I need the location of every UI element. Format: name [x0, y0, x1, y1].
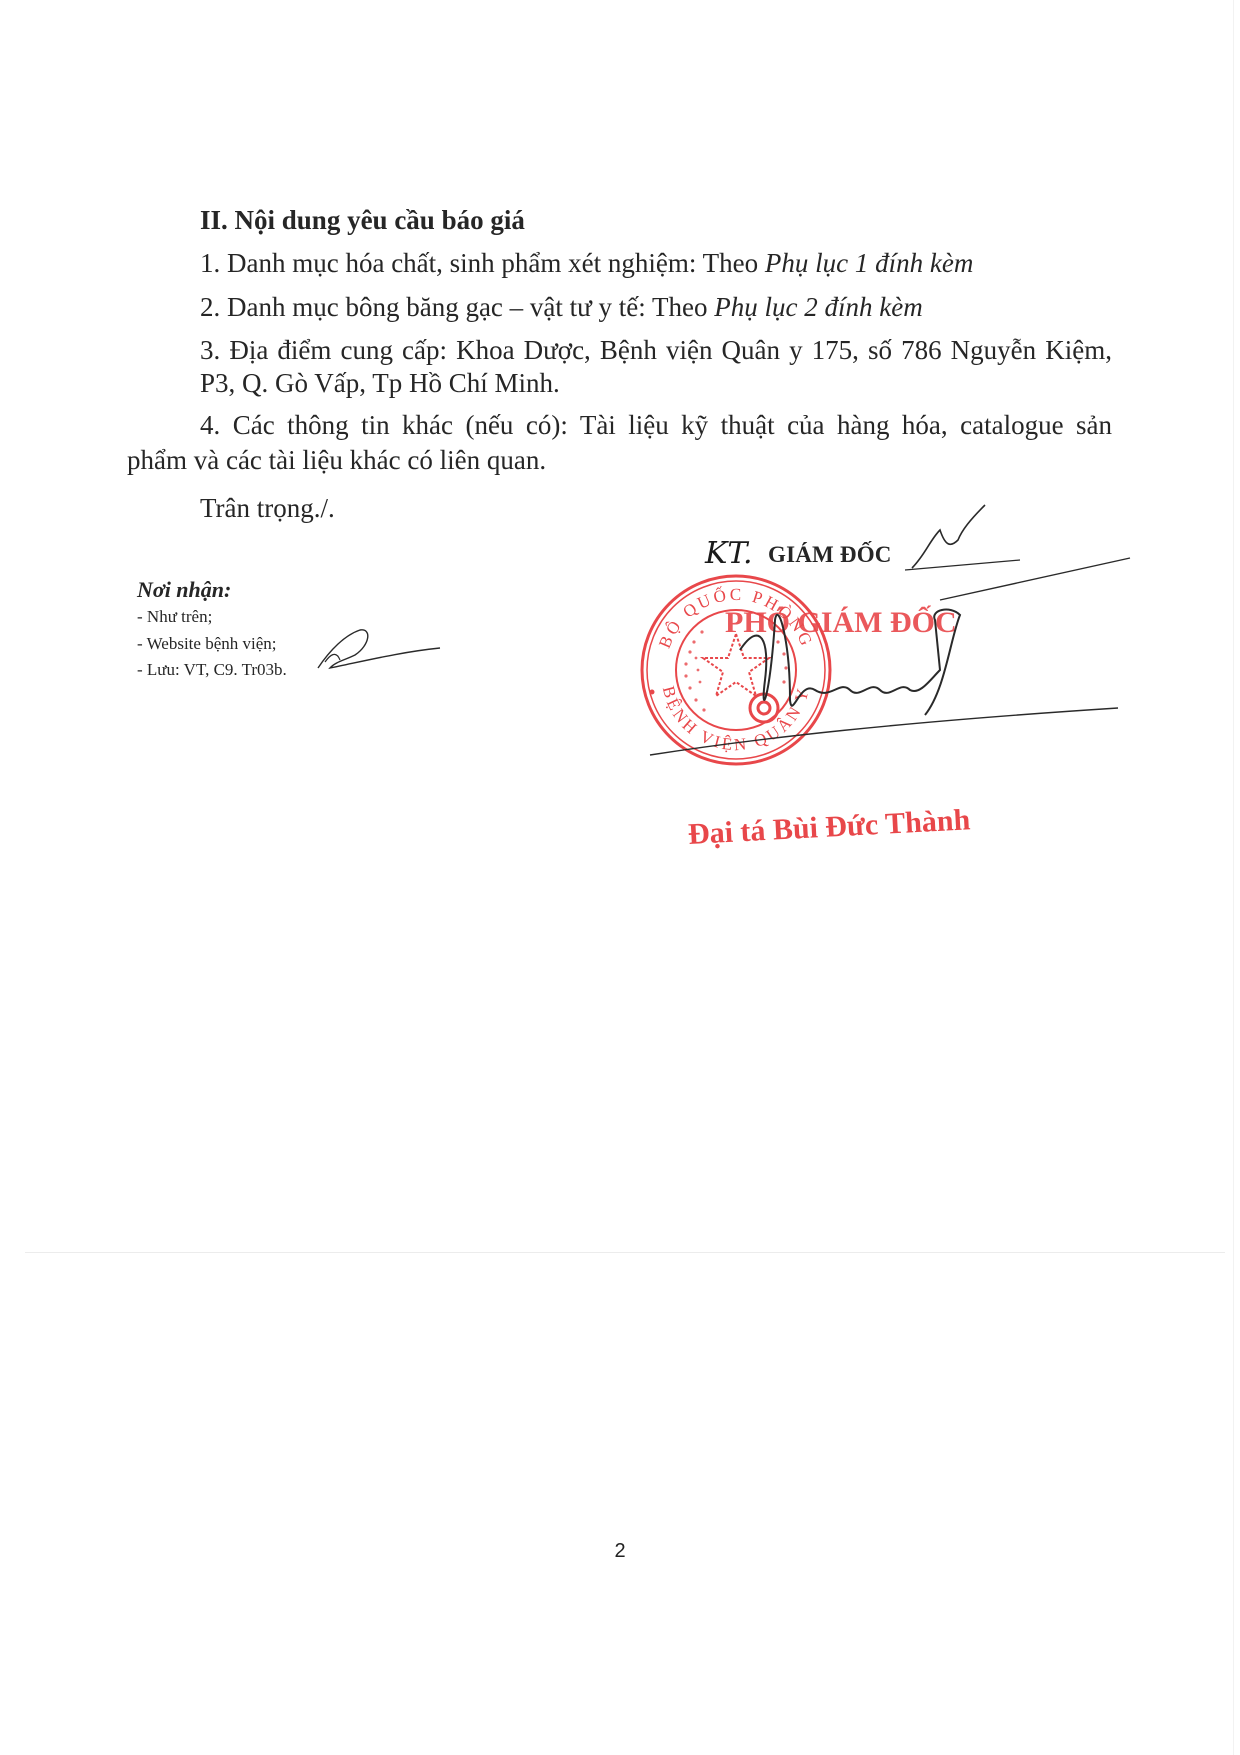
item-4-line-2: phẩm và các tài liệu khác có liên quan.	[127, 444, 546, 476]
item-4-line-1: 4. Các thông tin khác (nếu có): Tài liệu…	[200, 409, 1112, 441]
item-1-text: 1. Danh mục hóa chất, sinh phẩm xét nghi…	[200, 248, 765, 278]
item-2-text: 2. Danh mục bông băng gạc – vật tư y tế:…	[200, 292, 714, 322]
recipient-item: - Website bệnh viện;	[137, 634, 276, 654]
handwritten-kt: KT.	[705, 536, 753, 571]
item-3-line-2: P3, Q. Gò Vấp, Tp Hồ Chí Minh.	[200, 367, 560, 399]
recipient-item: - Như trên;	[137, 607, 212, 627]
page-number: 2	[0, 1540, 1240, 1563]
item-2: 2. Danh mục bông băng gạc – vật tư y tế:…	[200, 291, 923, 323]
document-page: II. Nội dung yêu cầu báo giá 1. Danh mục…	[0, 0, 1240, 1755]
item-1: 1. Danh mục hóa chất, sinh phẩm xét nghi…	[200, 247, 973, 279]
item-1-appendix: Phụ lục 1 đính kèm	[765, 248, 973, 278]
recipients-title: Nơi nhận:	[137, 577, 231, 603]
signer-name: Đại tá Bùi Đức Thành	[687, 803, 971, 852]
section-heading: II. Nội dung yêu cầu báo giá	[200, 204, 525, 236]
signature-title: GIÁM ĐỐC	[768, 542, 892, 568]
stamp-title: PHÓ GIÁM ĐỐC	[725, 606, 957, 640]
item-3-line-1: 3. Địa điểm cung cấp: Khoa Dược, Bệnh vi…	[200, 334, 1112, 366]
official-seal-icon: BỘ QUỐC PHÒNG BỆNH VIỆN QUÂN Y	[638, 572, 834, 768]
recipient-item: - Lưu: VT, C9. Tr03b.	[137, 660, 287, 680]
scan-artifact-line	[25, 1252, 1225, 1253]
closing: Trân trọng./.	[200, 492, 335, 524]
scan-edge	[1233, 0, 1234, 1755]
item-2-appendix: Phụ lục 2 đính kèm	[714, 292, 922, 322]
